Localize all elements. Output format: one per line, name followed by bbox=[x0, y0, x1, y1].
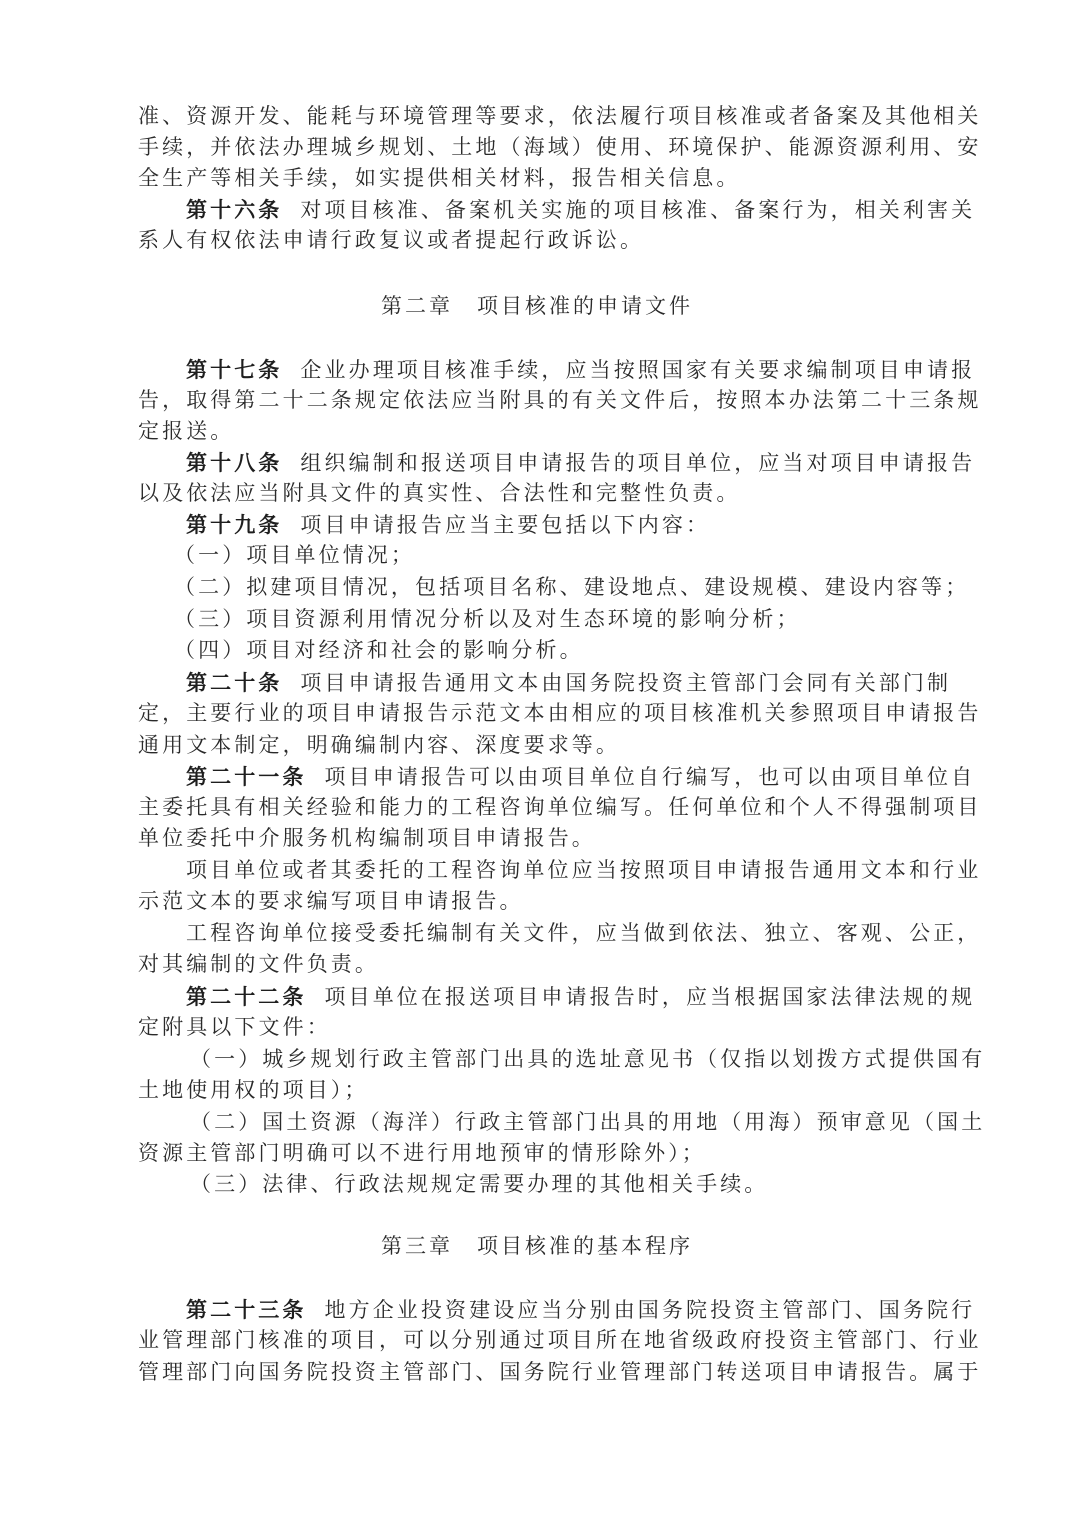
paragraph-line: 系人有权依法申请行政复议或者提起行政诉讼。 bbox=[138, 225, 944, 256]
paragraph-line: 土地使用权的项目）； bbox=[138, 1075, 944, 1106]
article-text: 项目申请报告可以由项目单位自行编写，也可以由项目单位自 bbox=[325, 765, 976, 789]
article-text: 项目申请报告应当主要包括以下内容： bbox=[300, 513, 710, 537]
article-label: 第十七条 bbox=[186, 357, 282, 382]
article-text: 项目单位在报送项目申请报告时，应当根据国家法律法规的规 bbox=[325, 985, 976, 1009]
article-text: 对项目核准、备案机关实施的项目核准、备案行为，相关利害关 bbox=[300, 198, 975, 222]
paragraph-line: 对其编制的文件负责。 bbox=[138, 949, 944, 980]
document-page: 准、资源开发、能耗与环境管理等要求，依法履行项目核准或者备案及其他相关 手续，并… bbox=[0, 0, 1074, 1520]
paragraph-line: 主委托具有相关经验和能力的工程咨询单位编写。任何单位和个人不得强制项目 bbox=[138, 792, 944, 823]
article-label: 第十六条 bbox=[186, 197, 282, 222]
article-20: 第二十条项目申请报告通用文本由国务院投资主管部门会同有关部门制 bbox=[138, 667, 944, 698]
paragraph-line: 告，取得第二十二条规定依法应当附具的有关文件后，按照本办法第二十三条规 bbox=[138, 385, 944, 416]
list-item: （一）项目单位情况； bbox=[138, 540, 944, 571]
paragraph-line: 手续，并依法办理城乡规划、土地（海域）使用、环境保护、能源资源利用、安 bbox=[138, 132, 944, 163]
paragraph-line: 业管理部门核准的项目，可以分别通过项目所在地省级政府投资主管部门、行业 bbox=[138, 1325, 944, 1356]
chapter-heading: 第三章 项目核准的基本程序 bbox=[0, 1231, 1074, 1262]
article-23: 第二十三条地方企业投资建设应当分别由国务院投资主管部门、国务院行 bbox=[138, 1294, 944, 1325]
article-label: 第二十条 bbox=[186, 670, 282, 695]
paragraph-line: 以及依法应当附具文件的真实性、合法性和完整性负责。 bbox=[138, 478, 944, 509]
paragraph-line: 工程咨询单位接受委托编制有关文件，应当做到依法、独立、客观、公正， bbox=[138, 918, 944, 949]
list-item: （二）拟建项目情况，包括项目名称、建设地点、建设规模、建设内容等； bbox=[138, 572, 944, 603]
article-text: 地方企业投资建设应当分别由国务院投资主管部门、国务院行 bbox=[325, 1298, 976, 1322]
article-label: 第二十一条 bbox=[186, 764, 307, 789]
paragraph-line: 单位委托中介服务机构编制项目申请报告。 bbox=[138, 823, 944, 854]
list-item: （三）项目资源利用情况分析以及对生态环境的影响分析； bbox=[138, 604, 944, 635]
paragraph-line: 定附具以下文件： bbox=[138, 1012, 944, 1043]
article-21: 第二十一条项目申请报告可以由项目单位自行编写，也可以由项目单位自 bbox=[138, 761, 944, 792]
article-text: 组织编制和报送项目申请报告的项目单位，应当对项目申请报告 bbox=[300, 451, 975, 475]
article-label: 第二十二条 bbox=[186, 984, 307, 1009]
article-18: 第十八条组织编制和报送项目申请报告的项目单位，应当对项目申请报告 bbox=[138, 447, 944, 478]
article-text: 项目申请报告通用文本由国务院投资主管部门会同有关部门制 bbox=[300, 671, 951, 695]
article-17: 第十七条企业办理项目核准手续，应当按照国家有关要求编制项目申请报 bbox=[138, 354, 944, 385]
paragraph-line: 项目单位或者其委托的工程咨询单位应当按照项目申请报告通用文本和行业 bbox=[138, 855, 944, 886]
paragraph-line: 资源主管部门明确可以不进行用地预审的情形除外）； bbox=[138, 1138, 944, 1169]
article-16: 第十六条对项目核准、备案机关实施的项目核准、备案行为，相关利害关 bbox=[138, 194, 944, 225]
list-item: （三）法律、行政法规规定需要办理的其他相关手续。 bbox=[138, 1169, 944, 1200]
chapter-heading: 第二章 项目核准的申请文件 bbox=[0, 291, 1074, 322]
article-label: 第二十三条 bbox=[186, 1297, 307, 1322]
paragraph-line: 全生产等相关手续，如实提供相关材料，报告相关信息。 bbox=[138, 163, 944, 194]
article-19: 第十九条项目申请报告应当主要包括以下内容： bbox=[138, 509, 944, 540]
paragraph-line: 管理部门向国务院投资主管部门、国务院行业管理部门转送项目申请报告。属于 bbox=[138, 1357, 944, 1388]
paragraph-line: 准、资源开发、能耗与环境管理等要求，依法履行项目核准或者备案及其他相关 bbox=[138, 101, 944, 132]
article-text: 企业办理项目核准手续，应当按照国家有关要求编制项目申请报 bbox=[300, 358, 975, 382]
article-22: 第二十二条项目单位在报送项目申请报告时，应当根据国家法律法规的规 bbox=[138, 981, 944, 1012]
paragraph-line: 定，主要行业的项目申请报告示范文本由相应的项目核准机关参照项目申请报告 bbox=[138, 698, 944, 729]
paragraph-line: 通用文本制定，明确编制内容、深度要求等。 bbox=[138, 730, 944, 761]
paragraph-line: 定报送。 bbox=[138, 416, 944, 447]
article-label: 第十九条 bbox=[186, 512, 282, 537]
article-label: 第十八条 bbox=[186, 450, 282, 475]
paragraph-line: 示范文本的要求编写项目申请报告。 bbox=[138, 886, 944, 917]
list-item: （二）国土资源（海洋）行政主管部门出具的用地（用海）预审意见（国土 bbox=[138, 1107, 944, 1138]
list-item: （一）城乡规划行政主管部门出具的选址意见书（仅指以划拨方式提供国有 bbox=[138, 1044, 944, 1075]
list-item: （四）项目对经济和社会的影响分析。 bbox=[138, 635, 944, 666]
